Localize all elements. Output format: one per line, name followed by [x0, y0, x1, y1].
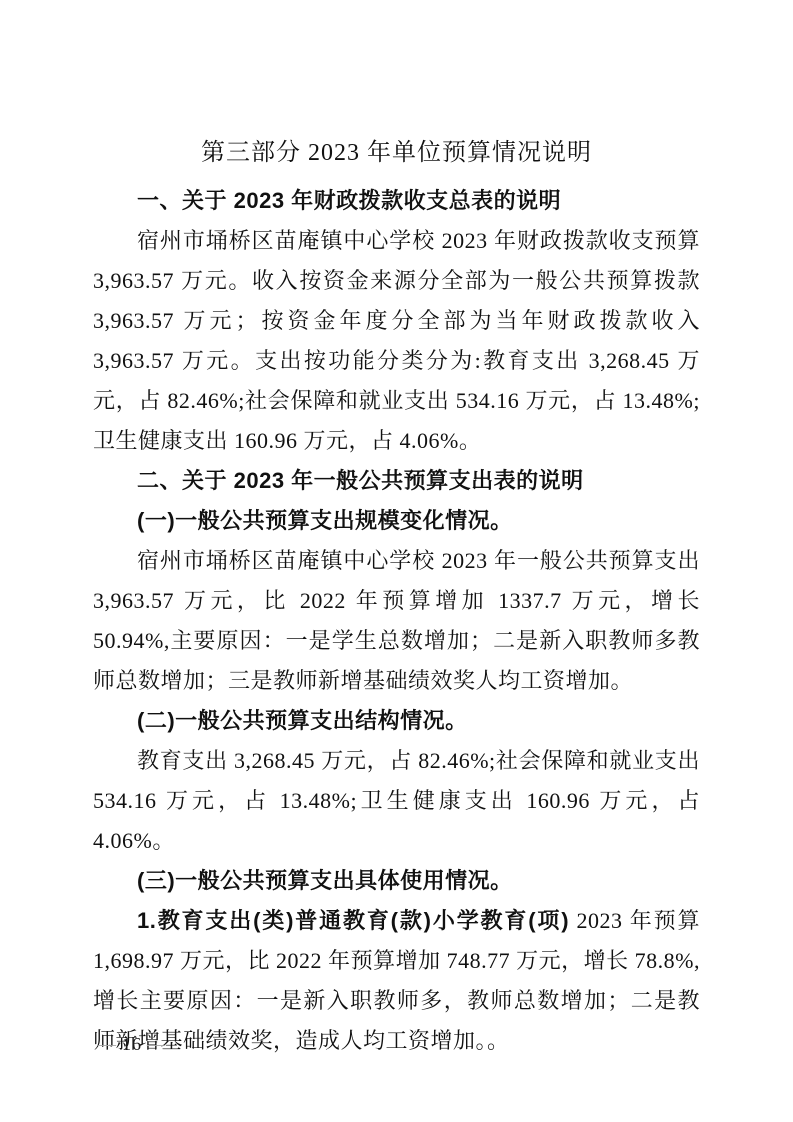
subsection-heading-expenditure-scale-change: (一)一般公共预算支出规模变化情况。: [93, 501, 700, 541]
subsection-heading-expenditure-structure: (二)一般公共预算支出结构情况。: [93, 701, 700, 741]
footer-dash-right: —: [142, 1034, 171, 1054]
document-page: 第三部分 2023 年单位预算情况说明 一、关于 2023 年财政拨款收支总表的…: [0, 0, 793, 1122]
footer-page-number: 16: [122, 1034, 142, 1054]
paragraph-expenditure-scale-change: 宿州市埇桥区苗庵镇中心学校 2023 年一般公共预算支出 3,963.57 万元…: [93, 541, 700, 701]
paragraph-fiscal-appropriation-summary: 宿州市埇桥区苗庵镇中心学校 2023 年财政拨款收支预算 3,963.57 万元…: [93, 221, 700, 461]
document-content: 第三部分 2023 年单位预算情况说明 一、关于 2023 年财政拨款收支总表的…: [93, 133, 700, 1061]
section-heading-general-public-budget: 二、关于 2023 年一般公共预算支出表的说明: [93, 461, 700, 501]
section-heading-fiscal-appropriation-summary: 一、关于 2023 年财政拨款收支总表的说明: [93, 181, 700, 221]
page-footer: —16—: [93, 1030, 171, 1058]
education-expenditure-item-lead: 1.教育支出(类)普通教育(款)小学教育(项): [137, 908, 569, 933]
subsection-heading-specific-usage: (三)一般公共预算支出具体使用情况。: [93, 861, 700, 901]
paragraph-education-expenditure-item: 1.教育支出(类)普通教育(款)小学教育(项) 2023 年预算 1,698.9…: [93, 901, 700, 1061]
paragraph-expenditure-structure: 教育支出 3,268.45 万元，占 82.46%;社会保障和就业支出 534.…: [93, 741, 700, 861]
footer-dash-left: —: [93, 1034, 122, 1054]
document-title: 第三部分 2023 年单位预算情况说明: [93, 133, 700, 173]
